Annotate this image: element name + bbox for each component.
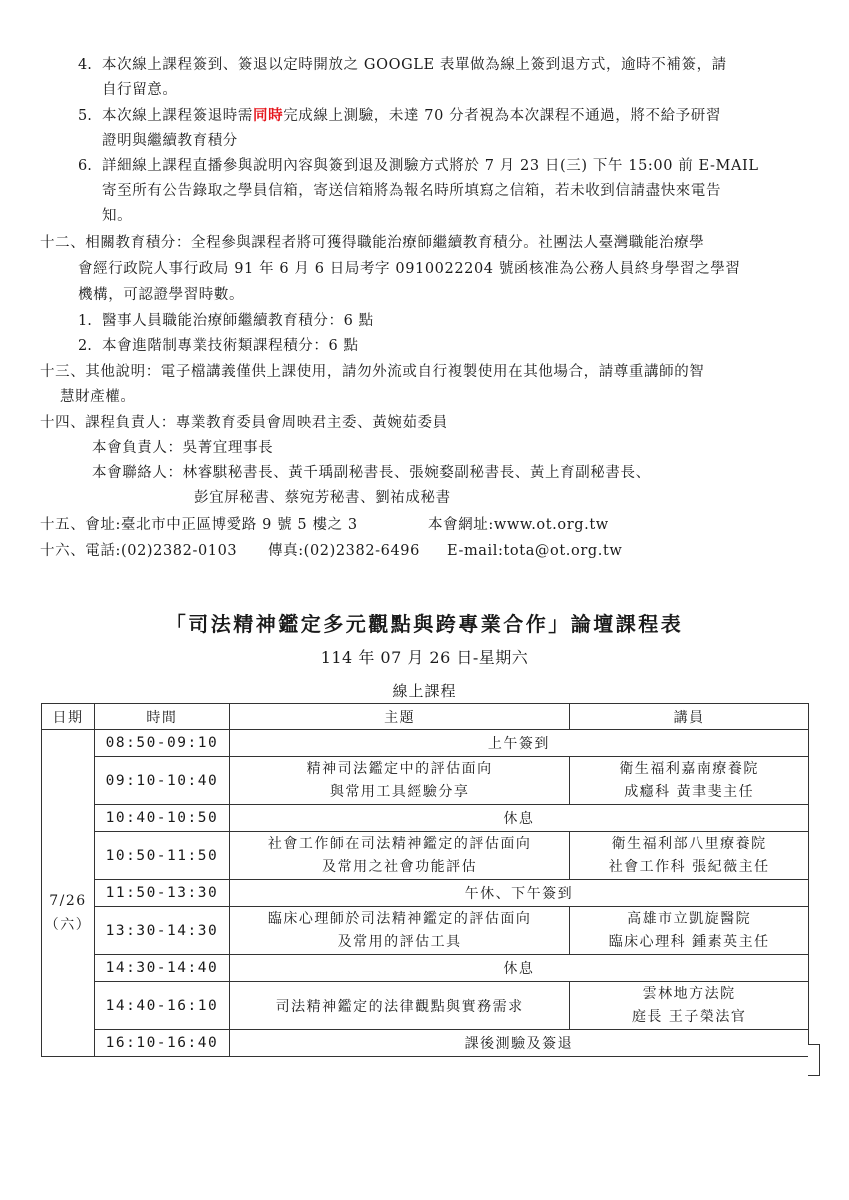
topic-cell: 司法精神鑑定的法律觀點與實務需求 bbox=[229, 982, 569, 1030]
topic-cell: 上午簽到 bbox=[229, 730, 808, 757]
speaker-name: 成癮科 黃聿斐主任 bbox=[570, 781, 808, 804]
time-cell: 09:10-10:40 bbox=[94, 757, 229, 805]
topic-cell: 社會工作師在司法精神鑑定的評估面向及常用之社會功能評估 bbox=[229, 832, 569, 880]
table-row: 16:10-16:40 課後測驗及簽退 bbox=[42, 1030, 809, 1057]
table-row: 10:40-10:50 休息 bbox=[42, 805, 809, 832]
note-5-line2: 證明與繼續教育積分 bbox=[102, 131, 238, 151]
note-6-line2: 寄至所有公告錄取之學員信箱，寄送信箱將為報名時所填寫之信箱，若未收到信請盡快來電… bbox=[102, 181, 721, 201]
topic-cell: 精神司法鑑定中的評估面向與常用工具經驗分享 bbox=[229, 757, 569, 805]
speaker-affiliation: 衛生福利部八里療養院 bbox=[570, 833, 808, 856]
speaker-cell: 雲林地方法院庭長 王子榮法官 bbox=[570, 982, 809, 1030]
time-cell: 10:50-11:50 bbox=[94, 832, 229, 880]
table-row: 11:50-13:30 午休、下午簽到 bbox=[42, 880, 809, 907]
table-row: 10:50-11:50 社會工作師在司法精神鑑定的評估面向及常用之社會功能評估 … bbox=[42, 832, 809, 880]
header-topic: 主題 bbox=[229, 704, 569, 730]
topic-line: 臨床心理師於司法精神鑑定的評估面向 bbox=[230, 908, 569, 931]
section-12-line1: 十二、相關教育積分：全程參與課程者將可獲得職能治療師繼續教育積分。社團法人臺灣職… bbox=[40, 233, 704, 253]
time-cell: 14:40-16:10 bbox=[94, 982, 229, 1030]
time-cell: 11:50-13:30 bbox=[94, 880, 229, 907]
topic-cell: 課後測驗及簽退 bbox=[229, 1030, 808, 1057]
table-border-extension bbox=[808, 1044, 820, 1076]
topic-line: 社會工作師在司法精神鑑定的評估面向 bbox=[230, 833, 569, 856]
section-14-line4: 彭宜屏秘書、蔡宛芳秘書、劉祐成秘書 bbox=[194, 488, 451, 508]
note-5-text: 本次線上課程簽退時需 bbox=[102, 108, 253, 124]
header-time: 時間 bbox=[94, 704, 229, 730]
note-5-text: 完成線上測驗，未達 70 分者視為本次課程不通過，將不給予研習 bbox=[283, 108, 721, 124]
table-header-row: 日期 時間 主題 講員 bbox=[42, 704, 809, 730]
speaker-cell: 衛生福利嘉南療養院成癮科 黃聿斐主任 bbox=[570, 757, 809, 805]
topic-cell: 臨床心理師於司法精神鑑定的評估面向及常用的評估工具 bbox=[229, 907, 569, 955]
section-14-line2: 本會負責人：吳菁宜理事長 bbox=[92, 438, 273, 458]
table-row: 14:40-16:10 司法精神鑑定的法律觀點與實務需求 雲林地方法院庭長 王子… bbox=[42, 982, 809, 1030]
section-12-line3: 機構，可認證學習時數。 bbox=[78, 285, 244, 305]
day-cell: 7/26 （六） bbox=[42, 730, 95, 1057]
section-13-line1: 十三、其他說明：電子檔講義僅供上課使用，請勿外流或自行複製使用在其他場合，請尊重… bbox=[40, 362, 704, 382]
topic-line: 及常用的評估工具 bbox=[230, 931, 569, 954]
time-cell: 16:10-16:40 bbox=[94, 1030, 229, 1057]
topic-line: 精神司法鑑定中的評估面向 bbox=[230, 758, 569, 781]
schedule-caption: 線上課程 bbox=[0, 680, 849, 701]
table-row: 09:10-10:40 精神司法鑑定中的評估面向與常用工具經驗分享 衛生福利嘉南… bbox=[42, 757, 809, 805]
schedule-table: 日期 時間 主題 講員 7/26 （六） 08:50-09:10 上午簽到 09… bbox=[41, 703, 809, 1057]
header-speaker: 講員 bbox=[570, 704, 809, 730]
topic-line: 與常用工具經驗分享 bbox=[230, 781, 569, 804]
speaker-name: 庭長 王子榮法官 bbox=[570, 1006, 808, 1029]
speaker-name: 社會工作科 張紀薇主任 bbox=[570, 856, 808, 879]
speaker-affiliation: 衛生福利嘉南療養院 bbox=[570, 758, 808, 781]
email-link[interactable]: E-mail:tota@ot.org.tw bbox=[447, 541, 622, 561]
credit-advanced: 本會進階制專業技術類課程積分：6 點 bbox=[102, 336, 359, 356]
list-number: 2. bbox=[78, 336, 92, 356]
day-weekday: （六） bbox=[42, 913, 94, 937]
time-cell: 10:40-10:50 bbox=[94, 805, 229, 832]
table-row: 7/26 （六） 08:50-09:10 上午簽到 bbox=[42, 730, 809, 757]
table-row: 14:30-14:40 休息 bbox=[42, 955, 809, 982]
time-cell: 14:30-14:40 bbox=[94, 955, 229, 982]
note-5-line1: 本次線上課程簽退時需同時完成線上測驗，未達 70 分者視為本次課程不通過，將不給… bbox=[102, 106, 721, 126]
schedule-title: 「司法精神鑑定多元觀點與跨專業合作」論壇課程表 bbox=[0, 608, 849, 637]
topic-line: 及常用之社會功能評估 bbox=[230, 856, 569, 879]
time-cell: 13:30-14:30 bbox=[94, 907, 229, 955]
list-number: 4. bbox=[78, 55, 92, 75]
speaker-cell: 衛生福利部八里療養院社會工作科 張紀薇主任 bbox=[570, 832, 809, 880]
list-number: 1. bbox=[78, 311, 92, 331]
topic-cell: 休息 bbox=[229, 955, 808, 982]
list-number: 5. bbox=[78, 106, 92, 126]
section-14-line3: 本會聯絡人：林睿騏秘書長、黃千瑀副秘書長、張婉婺副秘書長、黃上育副秘書長、 bbox=[92, 463, 651, 483]
topic-cell: 休息 bbox=[229, 805, 808, 832]
header-date: 日期 bbox=[42, 704, 95, 730]
topic-cell: 午休、下午簽到 bbox=[229, 880, 808, 907]
emphasis-text: 同時 bbox=[253, 107, 283, 124]
section-13-line2: 慧財產權。 bbox=[60, 387, 136, 407]
credit-ot: 醫事人員職能治療師繼續教育積分：6 點 bbox=[102, 311, 374, 331]
note-4-line2: 自行留意。 bbox=[102, 80, 178, 100]
website-link[interactable]: 本會網址:www.ot.org.tw bbox=[428, 515, 609, 535]
schedule-date: 114 年 07 月 26 日-星期六 bbox=[0, 645, 849, 668]
address: 十五、會址:臺北市中正區博愛路 9 號 5 樓之 3 bbox=[40, 515, 358, 535]
list-number: 6. bbox=[78, 156, 92, 176]
speaker-cell: 高雄市立凱旋醫院臨床心理科 鍾素英主任 bbox=[570, 907, 809, 955]
section-14-line1: 十四、課程負責人：專業教育委員會周映君主委、黃婉茹委員 bbox=[40, 413, 448, 433]
speaker-affiliation: 雲林地方法院 bbox=[570, 983, 808, 1006]
speaker-affiliation: 高雄市立凱旋醫院 bbox=[570, 908, 808, 931]
day-date: 7/26 bbox=[42, 889, 94, 913]
section-12-line2: 會經行政院人事行政局 91 年 6 月 6 日局考字 0910022204 號函… bbox=[78, 259, 740, 279]
speaker-name: 臨床心理科 鍾素英主任 bbox=[570, 931, 808, 954]
time-cell: 08:50-09:10 bbox=[94, 730, 229, 757]
note-4-line1: 本次線上課程簽到、簽退以定時開放之 GOOGLE 表單做為線上簽到退方式，逾時不… bbox=[102, 55, 727, 75]
fax: 傳真:(02)2382-6496 bbox=[268, 541, 420, 561]
phone: 十六、電話:(02)2382-0103 bbox=[40, 541, 237, 561]
table-row: 13:30-14:30 臨床心理師於司法精神鑑定的評估面向及常用的評估工具 高雄… bbox=[42, 907, 809, 955]
note-6-line3: 知。 bbox=[102, 206, 132, 226]
note-6-line1: 詳細線上課程直播參與說明內容與簽到退及測驗方式將於 7 月 23 日(三) 下午… bbox=[102, 156, 759, 176]
